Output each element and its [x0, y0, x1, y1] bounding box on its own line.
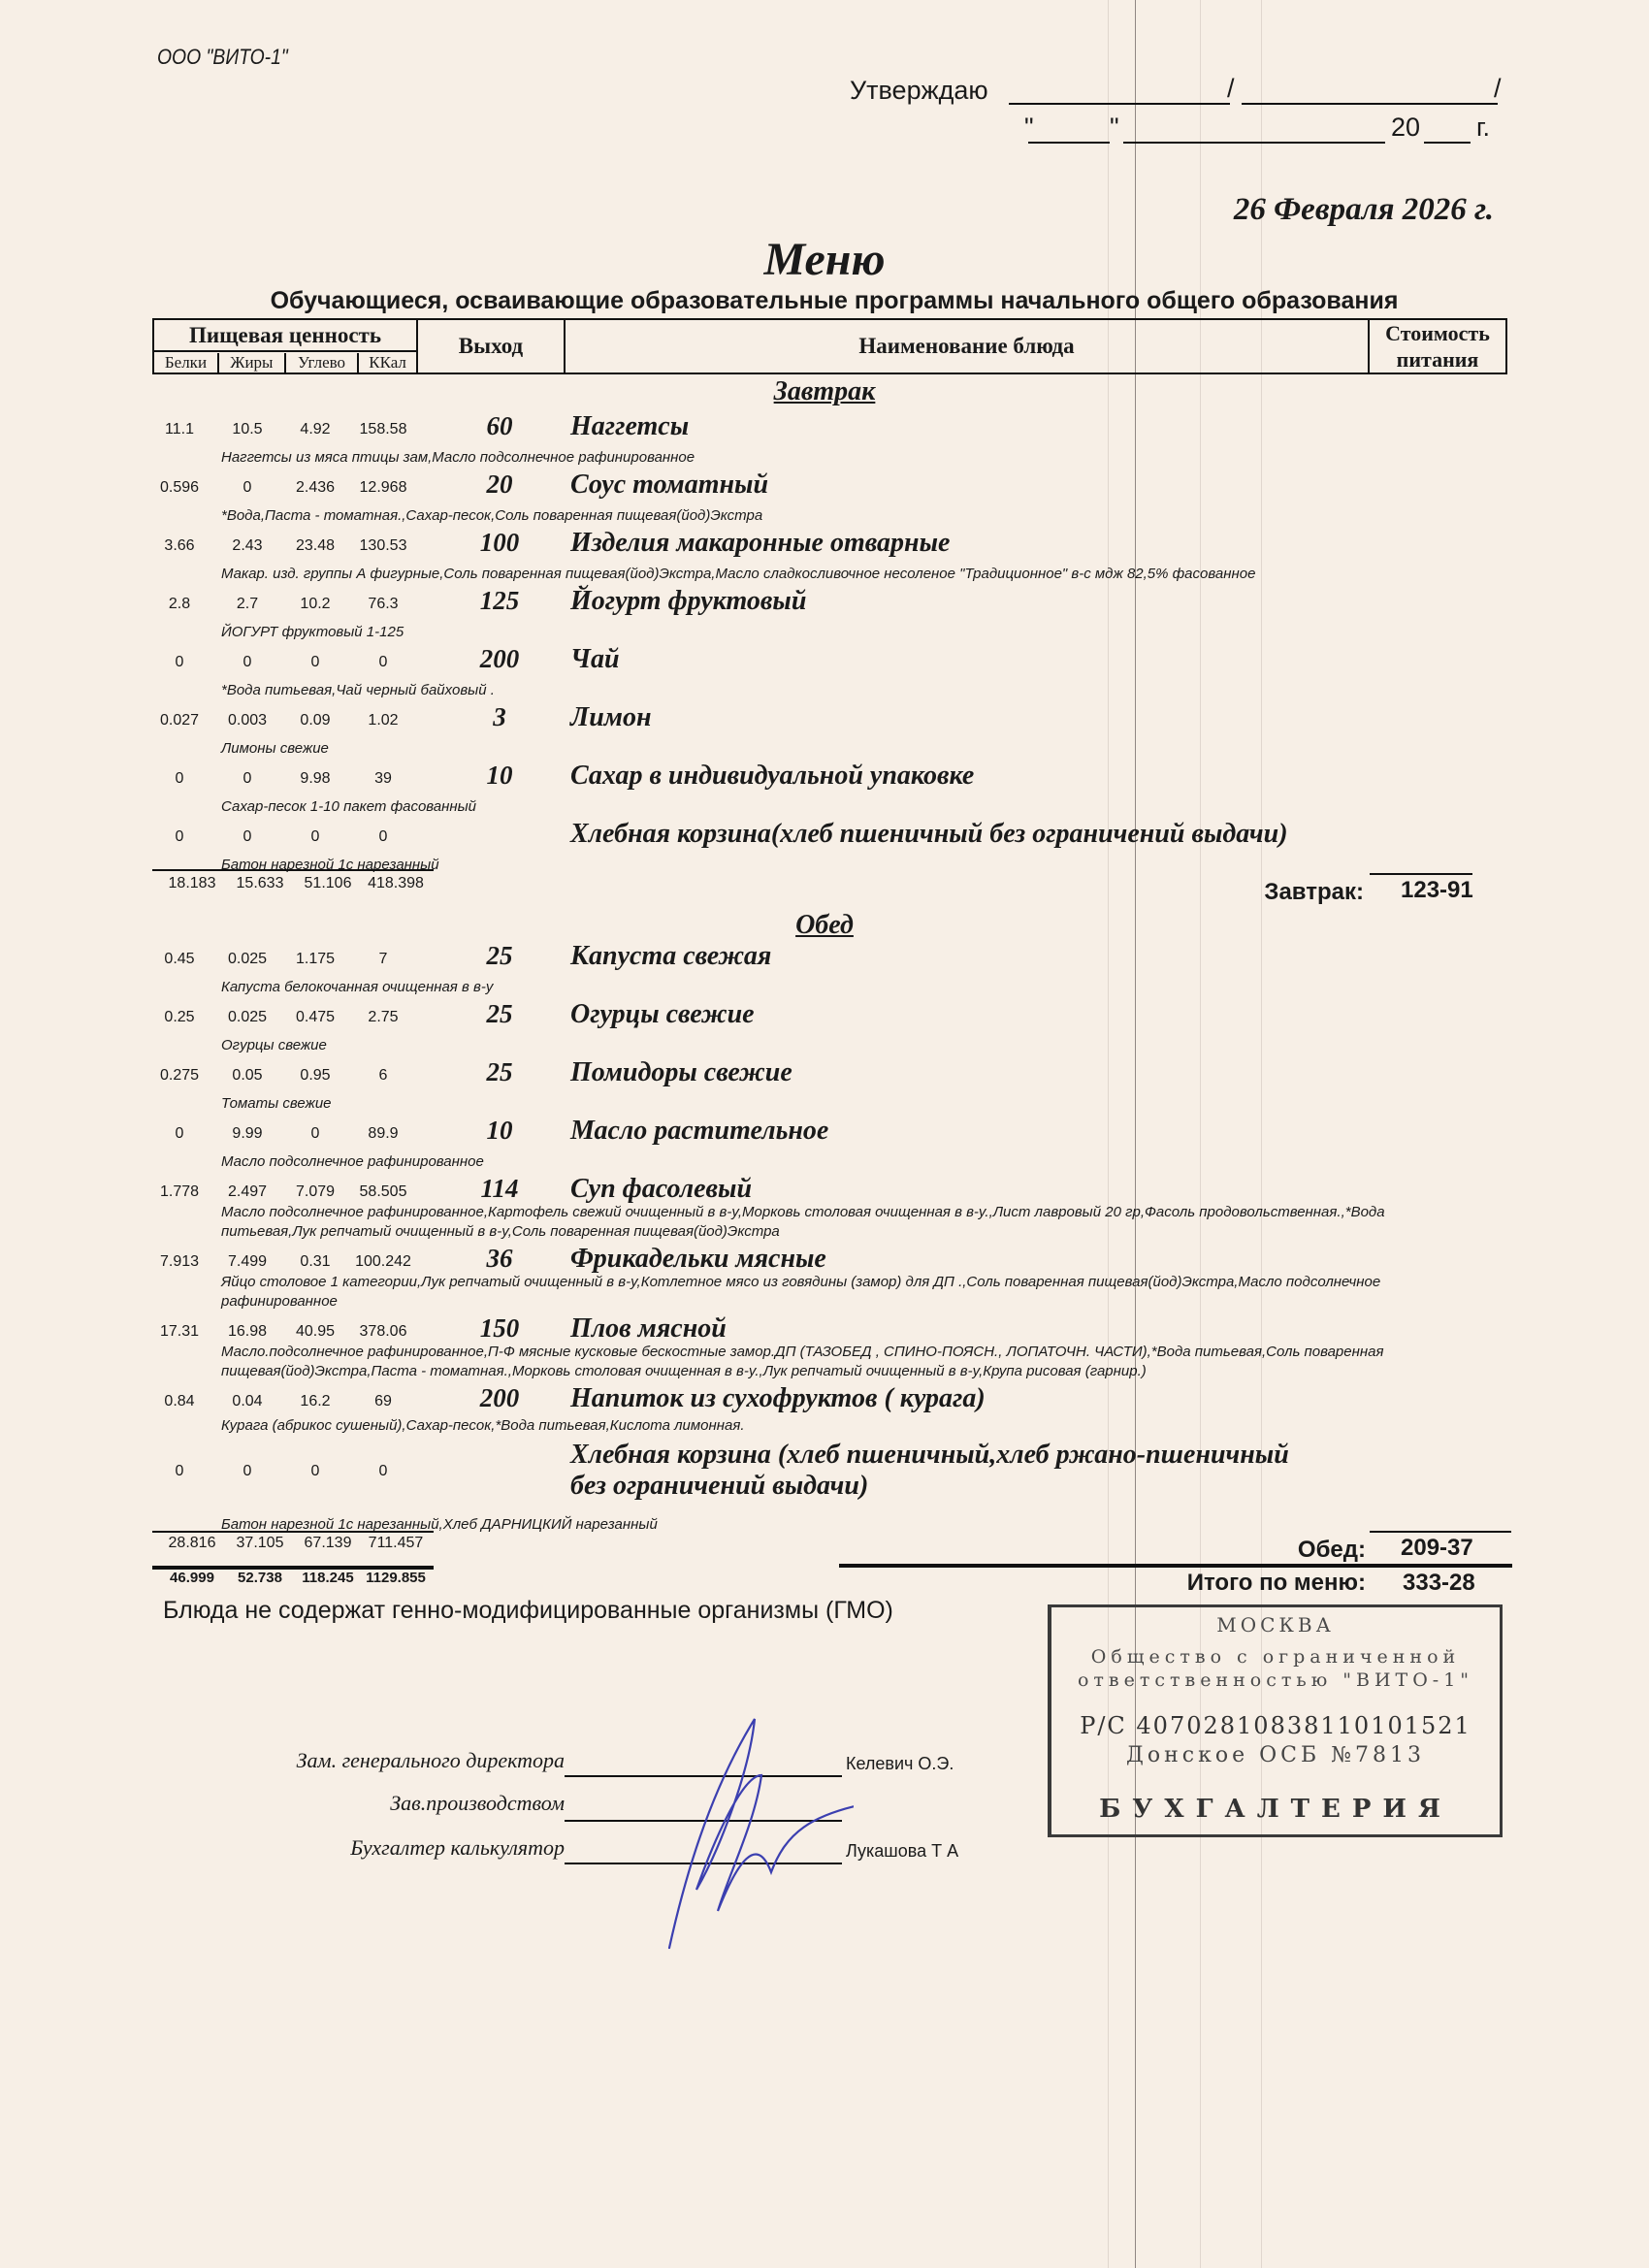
dish-ingredients: *Вода,Паста - томатная.,Сахар-песок,Соль…: [221, 506, 1443, 526]
stamp-city: МОСКВА: [1051, 1613, 1500, 1636]
dish-name: Соус томатный: [570, 470, 768, 501]
stamp-line1: Общество с ограниченной: [1051, 1646, 1500, 1668]
nutrition-protein: 0.84: [145, 1393, 213, 1410]
nutrition-carbs: 1.175: [281, 951, 349, 968]
nutrition-carbs: 0: [281, 828, 349, 846]
lunch-total-kcal: 711.457: [362, 1535, 430, 1552]
nutrition-protein: 3.66: [145, 537, 213, 555]
approve-name-line[interactable]: [1242, 103, 1498, 105]
nutrition-carbs: 0.31: [281, 1253, 349, 1271]
dish-ingredients: Масло подсолнечное рафинированное,Картоф…: [221, 1203, 1443, 1242]
nutrition-kcal: 158.58: [349, 421, 417, 438]
output-header: Выход: [417, 319, 565, 373]
dish-ingredients: Курага (абрикос сушеный),Сахар-песок,*Во…: [221, 1416, 1443, 1436]
dish-name: Масло растительное: [570, 1116, 828, 1147]
nutrition-carbs: 16.2: [281, 1393, 349, 1410]
handwritten-signature-icon: [640, 1717, 854, 1960]
approve-separator: /: [1227, 74, 1235, 104]
year-suffix: г.: [1476, 113, 1490, 143]
dish-name: Лимон: [570, 702, 652, 733]
nutrition-protein: 11.1: [145, 421, 213, 438]
nutrition-carbs: 0: [281, 654, 349, 671]
dish-output: 25: [446, 1057, 553, 1087]
dish-name: Напиток из сухофруктов ( курага): [570, 1383, 986, 1414]
nutrition-kcal: 76.3: [349, 596, 417, 613]
nutrition-kcal: 0: [349, 828, 417, 846]
lunch-total-protein: 28.816: [158, 1535, 226, 1552]
stamp-account: Р/С 40702810838110101521: [1051, 1712, 1500, 1739]
carbs-header: Углево: [285, 353, 358, 373]
approval-block: Утверждаю: [850, 76, 988, 106]
year-prefix: 20: [1391, 113, 1420, 143]
nutrition-protein: 0: [145, 828, 213, 846]
nutrition-fat: 7.499: [213, 1253, 281, 1271]
nutrition-fat: 16.98: [213, 1323, 281, 1341]
nutrition-protein: 0: [145, 654, 213, 671]
breakfast-total-carbs: 51.106: [294, 875, 362, 892]
dish-name: Капуста свежая: [570, 941, 771, 972]
nutrition-kcal: 1.02: [349, 712, 417, 729]
grand-total-fat: 52.738: [226, 1570, 294, 1586]
nutrition-kcal: 0: [349, 1463, 417, 1480]
dish-output: 25: [446, 941, 553, 971]
nutrition-fat: 2.7: [213, 596, 281, 613]
grand-total-carbs: 118.245: [294, 1570, 362, 1586]
approve-separator-end: /: [1494, 74, 1502, 104]
nutrition-carbs: 4.92: [281, 421, 349, 438]
nutrition-fat: 0: [213, 654, 281, 671]
breakfast-cost-rule: [1370, 873, 1472, 875]
dish-output: 100: [446, 528, 553, 558]
dish-name-continued: без ограничений выдачи): [570, 1471, 868, 1502]
day-field-line[interactable]: [1028, 142, 1110, 144]
dish-name: Сахар в индивидуальной упаковке: [570, 761, 974, 792]
nutrition-carbs: 10.2: [281, 596, 349, 613]
dish-name: Суп фасолевый: [570, 1174, 752, 1205]
company-stamp: МОСКВА Общество с ограниченной ответстве…: [1048, 1604, 1503, 1837]
dish-ingredients: Капуста белокочанная очищенная в в-у: [221, 978, 1443, 997]
document-date: 26 Февраля 2026 г.: [1234, 192, 1494, 228]
nutrition-fat: 0.025: [213, 951, 281, 968]
dish-name: Огурцы свежие: [570, 999, 755, 1030]
nutrition-carbs: 0: [281, 1125, 349, 1143]
kcal-header: ККал: [358, 353, 416, 373]
nutrition-kcal: 89.9: [349, 1125, 417, 1143]
dish-ingredients: Сахар-песок 1-10 пакет фасованный: [221, 797, 1443, 817]
lunch-totals: 28.81637.10567.139711.457: [158, 1535, 439, 1552]
stamp-bank: Донское ОСБ №7813: [1051, 1743, 1500, 1767]
dish-output: 150: [446, 1313, 553, 1344]
nutrition-protein: 7.913: [145, 1253, 213, 1271]
dish-output: 200: [446, 1383, 553, 1413]
dish-output: 200: [446, 644, 553, 674]
nutrition-fat: 2.497: [213, 1183, 281, 1201]
dish-name: Хлебная корзина(хлеб пшеничный без огран…: [570, 819, 1288, 850]
dish-ingredients: Томаты свежие: [221, 1094, 1443, 1114]
nutrition-protein: 0: [145, 1125, 213, 1143]
dish-ingredients: Яйцо столовое 1 категории,Лук репчатый о…: [221, 1273, 1443, 1312]
nutrition-fat: 0.05: [213, 1067, 281, 1085]
dish-ingredients: ЙОГУРТ фруктовый 1-125: [221, 623, 1443, 642]
grand-totals: 46.99952.738118.2451129.855: [158, 1570, 439, 1586]
section-breakfast-title: Завтрак: [0, 376, 1649, 407]
breakfast-cost-value: 123-91: [1401, 877, 1473, 904]
cost-header: Стоимость питания: [1369, 319, 1506, 373]
breakfast-total-kcal: 418.398: [362, 875, 430, 892]
nutrition-carbs: 9.98: [281, 770, 349, 788]
dish-name: Плов мясной: [570, 1313, 727, 1345]
page-subtitle: Обучающиеся, осваивающие образовательные…: [155, 287, 1513, 315]
month-field-line[interactable]: [1123, 142, 1385, 144]
dish-name: Помидоры свежие: [570, 1057, 792, 1088]
nutrition-carbs: 0.09: [281, 712, 349, 729]
nutrition-fat: 0: [213, 828, 281, 846]
nutrition-kcal: 2.75: [349, 1009, 417, 1026]
nutrition-fat: 0: [213, 479, 281, 497]
dish-output: 25: [446, 999, 553, 1029]
grand-cost-rule: [839, 1564, 1512, 1568]
date-quote-open: ": [1024, 113, 1034, 143]
lunch-cost-value: 209-37: [1401, 1535, 1473, 1562]
dish-name: Хлебная корзина (хлеб пшеничный,хлеб ржа…: [570, 1440, 1289, 1471]
nutrition-kcal: 69: [349, 1393, 417, 1410]
nutrition-kcal: 6: [349, 1067, 417, 1085]
nutrition-kcal: 130.53: [349, 537, 417, 555]
dish-output: 10: [446, 1116, 553, 1146]
nutrition-kcal: 378.06: [349, 1323, 417, 1341]
dish-name: Изделия макаронные отварные: [570, 528, 950, 559]
breakfast-total-fat: 15.633: [226, 875, 294, 892]
year-field-line[interactable]: [1424, 142, 1471, 144]
signature-role-deputy-director: Зам. генерального директора: [297, 1748, 565, 1773]
nutrition-protein: 0.596: [145, 479, 213, 497]
dish-ingredients: Масло подсолнечное рафинированное: [221, 1152, 1443, 1172]
dish-ingredients: Масло.подсолнечное рафинированное,П-Ф мя…: [221, 1343, 1443, 1381]
nutrition-carbs: 0: [281, 1463, 349, 1480]
menu-table-header: Пищевая ценность Выход Наименование блюд…: [152, 318, 1507, 374]
dish-ingredients: Огурцы свежие: [221, 1036, 1443, 1055]
nutrition-protein: 0: [145, 1463, 213, 1480]
lunch-totals-rule: [152, 1531, 434, 1533]
fat-header: Жиры: [218, 353, 285, 373]
nutrition-header: Пищевая ценность: [153, 319, 417, 351]
nutrition-protein: 0.275: [145, 1067, 213, 1085]
nutrition-carbs: 23.48: [281, 537, 349, 555]
nutrition-fat: 0: [213, 1463, 281, 1480]
nutrition-protein: 17.31: [145, 1323, 213, 1341]
nutrition-fat: 0: [213, 770, 281, 788]
lunch-cost-rule: [1370, 1531, 1511, 1533]
dish-ingredients: Макар. изд. группы А фигурные,Соль повар…: [221, 565, 1443, 584]
signature-role-production-head: Зав.производством: [390, 1791, 565, 1816]
nutrition-kcal: 7: [349, 951, 417, 968]
signature-role-accountant: Бухгалтер калькулятор: [350, 1835, 565, 1861]
nutrition-fat: 2.43: [213, 537, 281, 555]
nutrition-fat: 9.99: [213, 1125, 281, 1143]
dish-name: Чай: [570, 644, 620, 675]
nutrition-fat: 10.5: [213, 421, 281, 438]
nutrition-fat: 0.04: [213, 1393, 281, 1410]
dish-name: Наггетсы: [570, 411, 689, 442]
dish-output: 114: [446, 1174, 553, 1204]
section-lunch-title: Обед: [0, 910, 1649, 941]
page-title: Меню: [0, 233, 1649, 286]
date-quote-close: ": [1110, 113, 1119, 143]
dish-output: 10: [446, 761, 553, 791]
dish-ingredients: Лимоны свежие: [221, 739, 1443, 759]
signature-name-deputy-director: Келевич О.Э.: [846, 1754, 954, 1774]
lunch-total-fat: 37.105: [226, 1535, 294, 1552]
grand-total-protein: 46.999: [158, 1570, 226, 1586]
dish-ingredients: *Вода питьевая,Чай черный байховый .: [221, 681, 1443, 700]
organization-name: ООО "ВИТО-1": [157, 45, 288, 70]
nutrition-protein: 2.8: [145, 596, 213, 613]
nutrition-carbs: 0.475: [281, 1009, 349, 1026]
signature-name-accountant: Лукашова Т А: [846, 1841, 958, 1862]
nutrition-carbs: 2.436: [281, 479, 349, 497]
gmo-note: Блюда не содержат генно-модифицированные…: [163, 1597, 893, 1625]
nutrition-protein: 0.027: [145, 712, 213, 729]
nutrition-carbs: 40.95: [281, 1323, 349, 1341]
nutrition-fat: 0.025: [213, 1009, 281, 1026]
nutrition-kcal: 100.242: [349, 1253, 417, 1271]
stamp-department: БУХГАЛТЕРИЯ: [1051, 1795, 1500, 1824]
protein-header: Белки: [154, 353, 218, 373]
grand-total-cost: 333-28: [1403, 1570, 1475, 1597]
nutrition-kcal: 12.968: [349, 479, 417, 497]
dish-name: Йогурт фруктовый: [570, 586, 806, 617]
dish-output: 125: [446, 586, 553, 616]
dish-name: Фрикадельки мясные: [570, 1244, 826, 1275]
nutrition-carbs: 0.95: [281, 1067, 349, 1085]
dish-output: 20: [446, 470, 553, 500]
nutrition-fat: 0.003: [213, 712, 281, 729]
nutrition-carbs: 7.079: [281, 1183, 349, 1201]
breakfast-totals: 18.18315.63351.106418.398: [158, 875, 439, 892]
nutrition-protein: 1.778: [145, 1183, 213, 1201]
dish-output: 60: [446, 411, 553, 441]
breakfast-totals-rule: [152, 869, 434, 871]
lunch-total-carbs: 67.139: [294, 1535, 362, 1552]
nutrition-protein: 0.25: [145, 1009, 213, 1026]
dish-name-header: Наименование блюда: [565, 319, 1369, 373]
nutrition-kcal: 58.505: [349, 1183, 417, 1201]
approve-label: Утверждаю: [850, 76, 988, 105]
dish-ingredients: Батон нарезной 1с нарезанный: [221, 856, 1443, 875]
breakfast-total-protein: 18.183: [158, 875, 226, 892]
nutrition-kcal: 39: [349, 770, 417, 788]
grand-total-kcal: 1129.855: [362, 1570, 430, 1586]
nutrition-protein: 0: [145, 770, 213, 788]
dish-ingredients: Наггетсы из мяса птицы зам,Масло подсолн…: [221, 448, 1443, 468]
nutrition-protein: 0.45: [145, 951, 213, 968]
dish-output: 36: [446, 1244, 553, 1274]
nutrition-kcal: 0: [349, 654, 417, 671]
dish-output: 3: [446, 702, 553, 732]
stamp-line2: ответственностью "ВИТО-1": [1051, 1669, 1500, 1691]
approve-signature-line[interactable]: [1009, 103, 1230, 105]
